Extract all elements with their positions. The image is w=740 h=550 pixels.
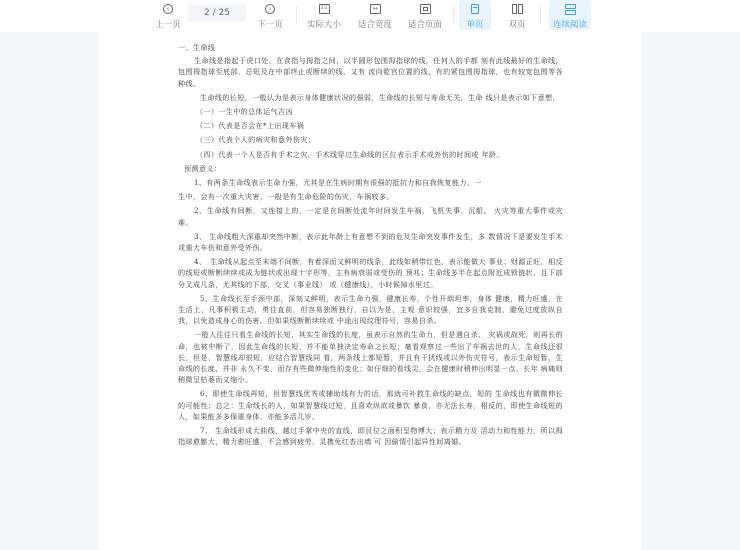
fit-width-icon: ↔: [370, 4, 381, 14]
continuous-reading-icon: [565, 2, 576, 16]
list-item: （一）一生中的总体运气吉凶: [178, 106, 563, 117]
single-page-button[interactable]: 单页: [459, 0, 491, 30]
paragraph: 4、 生命线从起点至末端不间断，有着深而又鲜明的线条，此线如稍带红色，表示能做大…: [178, 256, 563, 290]
toolbar-divider: [296, 6, 297, 24]
paragraph: 生中，会有一次重大灾害，一般是有生命危险的伤灾，车祸较多。: [178, 191, 563, 202]
page-content: 一、生命线 生命线是指起于虎口处，在食指与拇指之间，以半圆形包围拇指球的线，任何…: [178, 42, 563, 448]
reader-toolbar: ‹ 上一页 2 / 25 › 下一页 1:1 实际大小 ↔ 适合宽度 适合页面 …: [0, 0, 740, 32]
paragraph: 预测意义：: [178, 163, 563, 174]
next-page-button[interactable]: › 下一页: [252, 0, 288, 30]
actual-size-button[interactable]: 1:1 实际大小: [303, 0, 345, 30]
prev-page-label: 上一页: [155, 18, 181, 30]
paragraph: 一般人往往只看生命线的长短，其实生命线的长度，虽表示自然的生命力，但是遇自杀、 …: [178, 329, 563, 385]
single-page-label: 单页: [466, 18, 483, 30]
double-page-label: 双页: [508, 18, 525, 30]
paragraph: 7、 生命线形成大曲线，越过手掌中央的直线，即艮位之面积呈物博大；表示精力及 活…: [178, 425, 563, 447]
toolbar-divider: [540, 6, 541, 24]
list-item: （二）代表是否会在*上出现车祸: [178, 120, 563, 131]
paragraph: 6、即使生命线再短，但智慧线优秀或辅助线有力的话，那就可补救生命线的缺点，短的 …: [178, 388, 563, 422]
fit-page-label: 适合页面: [408, 18, 442, 30]
continuous-reading-label: 连续阅读: [553, 18, 587, 30]
next-page-label: 下一页: [257, 18, 283, 30]
double-page-button[interactable]: 双页: [501, 0, 533, 30]
continuous-reading-button[interactable]: 连续阅读: [549, 0, 591, 30]
section-heading: 一、生命线: [178, 42, 563, 53]
double-page-icon: [512, 2, 523, 16]
chevron-right-circle-icon: ›: [265, 4, 275, 14]
paragraph: 生命线是指起于虎口处，在食指与拇指之间，以半圆形包围拇指球的线，任何人的手都 刻…: [178, 55, 563, 89]
toolbar-divider: [453, 6, 454, 24]
page-number-input[interactable]: 2 / 25: [188, 4, 246, 22]
fit-page-icon: [420, 4, 431, 14]
prev-page-button[interactable]: ‹ 上一页: [150, 0, 186, 30]
list-item: （四）代表一个人是否有手术之灾，手术线穿过生命线的区位表示手术或外伤的时间或 年…: [178, 149, 563, 160]
list-item: （三）代表个人的病灾和意外伤灾；: [178, 134, 563, 145]
left-gutter: [0, 32, 99, 550]
actual-size-icon: 1:1: [319, 4, 330, 14]
document-page[interactable]: 一、生命线 生命线是指起于虎口处，在食指与拇指之间，以半圆形包围拇指球的线，任何…: [99, 32, 641, 550]
paragraph: 3、 生命线粗大深重却突然中断，表示此年龄上有意想不到的危及生命突发事件发生，多…: [178, 231, 563, 253]
single-page-icon: [471, 4, 479, 14]
right-gutter: [641, 32, 740, 550]
paragraph: 5、生命线长至手颈中部，深刻又鲜明，表示生命力强，健康长寿，个性开朗坦率，身体 …: [178, 293, 563, 327]
paragraph: 1、有两条生命线表示生命力强，尤其是在生病时期有很强的抵抗力和自我恢复能力，一: [178, 177, 563, 188]
chevron-left-circle-icon: ‹: [163, 4, 173, 14]
fit-page-button[interactable]: 适合页面: [404, 0, 446, 30]
actual-size-label: 实际大小: [307, 18, 341, 30]
paragraph: 2、生命线有间断，又连接上的，一定是在间断处流年时间发生车祸，飞机失事、沉船、 …: [178, 205, 563, 227]
fit-width-label: 适合宽度: [358, 18, 392, 30]
paragraph: 生命线的长短，一般认为是表示身体健康状况的强弱，生命线的长短与寿命无关，生命 线…: [178, 92, 563, 103]
fit-width-button[interactable]: ↔ 适合宽度: [354, 0, 396, 30]
